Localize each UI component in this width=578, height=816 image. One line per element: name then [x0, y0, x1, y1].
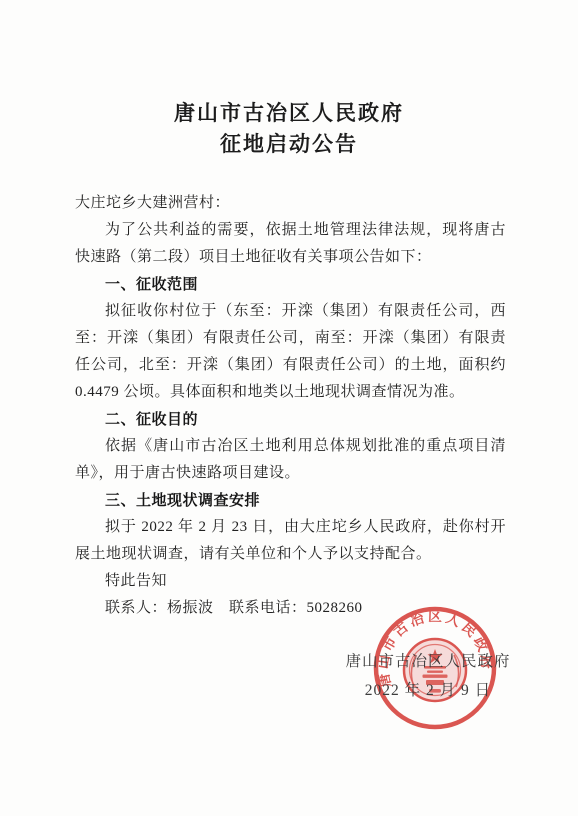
signature-block: 唐山市古冶区人民政府 2022 年 2 月 9 日	[328, 647, 528, 705]
section-2-heading: 二、征收目的	[75, 406, 506, 433]
section-2-body: 依据《唐山市古冶区土地利用总体规划批准的重点项目清单》，用于唐古快速路项目建设。	[75, 433, 506, 487]
section-1-body: 拟征收你村位于（东至：开滦（集团）有限责任公司，西至：开滦（集团）有限责任公司，…	[75, 298, 506, 406]
closing-line: 特此告知	[75, 568, 506, 595]
section-3-heading: 三、土地现状调查安排	[75, 487, 506, 514]
document-body: 大庄坨乡大建洲营村： 为了公共利益的需要，依据土地管理法律法规，现将唐古快速路（…	[75, 190, 506, 622]
signature-date: 2022 年 2 月 9 日	[328, 676, 528, 705]
section-1-heading: 一、征收范围	[75, 271, 506, 298]
signature-issuer: 唐山市古冶区人民政府	[328, 647, 528, 676]
title-line-2: 征地启动公告	[0, 129, 578, 160]
announcement-document-page: 唐山市古冶区人民政府 征地启动公告 大庄坨乡大建洲营村： 为了公共利益的需要，依…	[0, 0, 578, 816]
section-3-body: 拟于 2022 年 2 月 23 日，由大庄坨乡人民政府，赴你村开展土地现状调查…	[75, 514, 506, 568]
intro-paragraph: 为了公共利益的需要，依据土地管理法律法规，现将唐古快速路（第二段）项目土地征收有…	[75, 217, 506, 271]
salutation-line: 大庄坨乡大建洲营村：	[75, 190, 506, 217]
title-line-1: 唐山市古冶区人民政府	[0, 98, 578, 129]
document-title: 唐山市古冶区人民政府 征地启动公告	[0, 0, 578, 160]
